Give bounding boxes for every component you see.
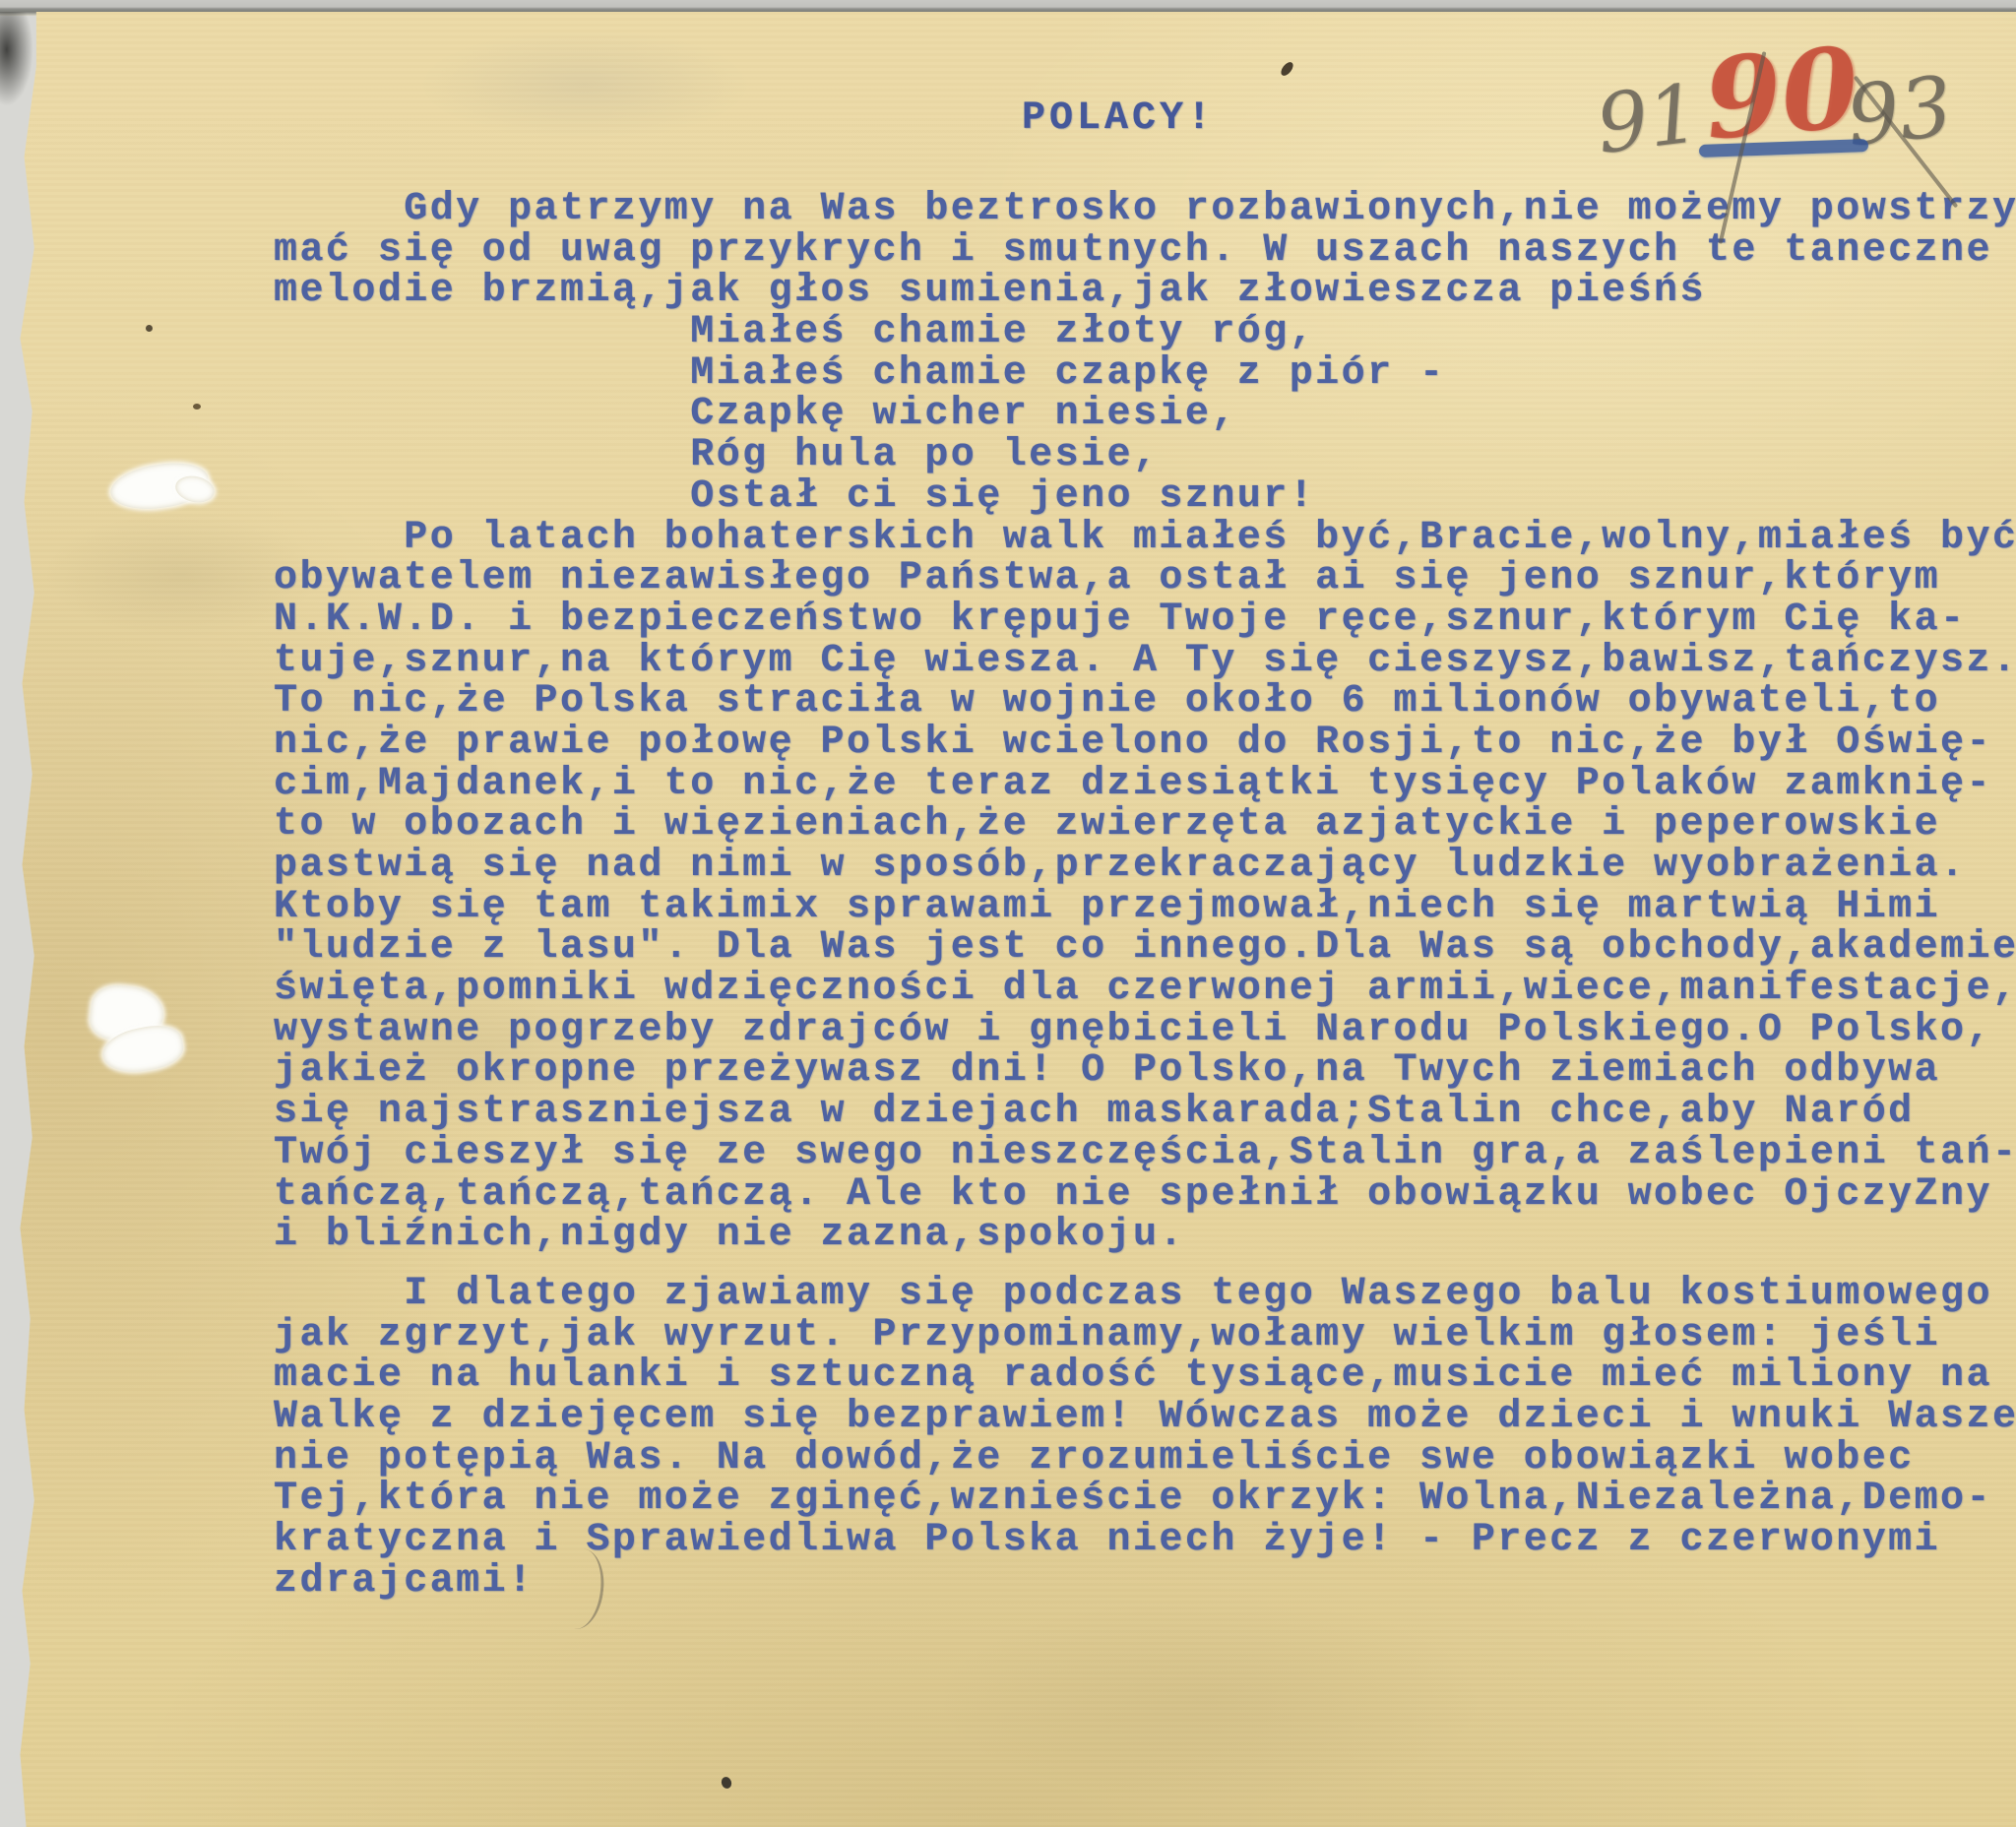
- text-line: się najstraszniejsza w dziejach maskarad…: [274, 1092, 2016, 1133]
- text-line: Miałeś chamie czapkę z piór -: [274, 353, 2016, 395]
- text-line: Ostał ci się jeno sznur!: [274, 476, 2016, 518]
- text-line: nie potępią Was. Na dowód,że zrozumieliś…: [274, 1438, 2016, 1480]
- text-line: Miałeś chamie złoty róg,: [274, 312, 2016, 353]
- text-line: mać się od uwag przykrych i smutnych. W …: [274, 230, 2016, 272]
- text-line: To nic,że Polska straciła w wojnie około…: [274, 681, 2016, 723]
- text-line: jakież okropne przeżywasz dni! O Polsko,…: [274, 1050, 2016, 1092]
- text-line: jak zgrzyt,jak wyrzut. Przypominamy,woła…: [274, 1315, 2016, 1356]
- text-line: wystawne pogrzeby zdrajców i gnębicieli …: [274, 1010, 2016, 1051]
- document-title: POLACY!: [1022, 96, 1215, 141]
- ink-speck: [1279, 60, 1295, 78]
- text-line: Tej,która nie może zginęć,wznieście okrz…: [274, 1479, 2016, 1520]
- text-line: tańczą,tańczą,tańczą. Ale kto nie spełni…: [274, 1174, 2016, 1216]
- text-line: pastwią się nad nimi w sposób,przekracza…: [274, 846, 2016, 887]
- text-line: cim,Majdanek,i to nic,że teraz dziesiątk…: [274, 764, 2016, 805]
- text-line: melodie brzmią,jak głos sumienia,jak zło…: [274, 271, 2016, 312]
- text-line: Walkę z dziejęcem się bezprawiem! Wówcza…: [274, 1397, 2016, 1438]
- scan-corner-shadow: [0, 12, 33, 106]
- text-line: i bliźnich,nigdy nie zazna,spokoju.: [274, 1215, 2016, 1256]
- ink-speck: [193, 404, 201, 409]
- text-line: tuje,sznur,na którym Cię wiesza. A Ty si…: [274, 641, 2016, 682]
- text-line: Twój cieszył się ze swego nieszczęścia,S…: [274, 1133, 2016, 1174]
- text-line: "ludzie z lasu". Dla Was jest co innego.…: [274, 927, 2016, 969]
- ink-speck: [146, 325, 153, 332]
- text-line: macie na hulanki i sztuczną radość tysią…: [274, 1355, 2016, 1397]
- body-text: Gdy patrzymy na Was beztrosko rozbawiony…: [274, 189, 2016, 1602]
- page-number-pencil-left: 91: [1592, 67, 1705, 172]
- text-line: Ktoby się tam takimix sprawami przejmowa…: [274, 887, 2016, 928]
- text-line: obywatelem niezawisłego Państwa,a ostał …: [274, 558, 2016, 599]
- scan-page: { "document": { "title": "POLACY!", "lin…: [0, 0, 2016, 1827]
- text-line: kratyczna i Sprawiedliwa Polska niech ży…: [274, 1520, 2016, 1561]
- text-line: Po latach bohaterskich walk miałeś być,B…: [274, 518, 2016, 559]
- text-line: Róg hula po lesie,: [274, 435, 2016, 476]
- text-line: N.K.W.D. i bezpieczeństwo krępuje Twoje …: [274, 599, 2016, 641]
- text-line: Gdy patrzymy na Was beztrosko rozbawiony…: [274, 189, 2016, 230]
- text-line: Czapkę wicher niesie,: [274, 394, 2016, 435]
- text-line: I dlatego zjawiamy się podczas tego Wasz…: [274, 1274, 2016, 1315]
- ink-speck: [720, 1776, 733, 1791]
- text-line: święta,pomniki wdzięczności dla czerwone…: [274, 969, 2016, 1010]
- text-line: zdrajcami!: [274, 1561, 2016, 1603]
- paper: POLACY! Gdy patrzymy na Was beztrosko ro…: [0, 12, 2016, 1827]
- text-line: to w obozach i więzieniach,że zwierzęta …: [274, 804, 2016, 846]
- text-line: nic,że prawie połowę Polski wcielono do …: [274, 723, 2016, 764]
